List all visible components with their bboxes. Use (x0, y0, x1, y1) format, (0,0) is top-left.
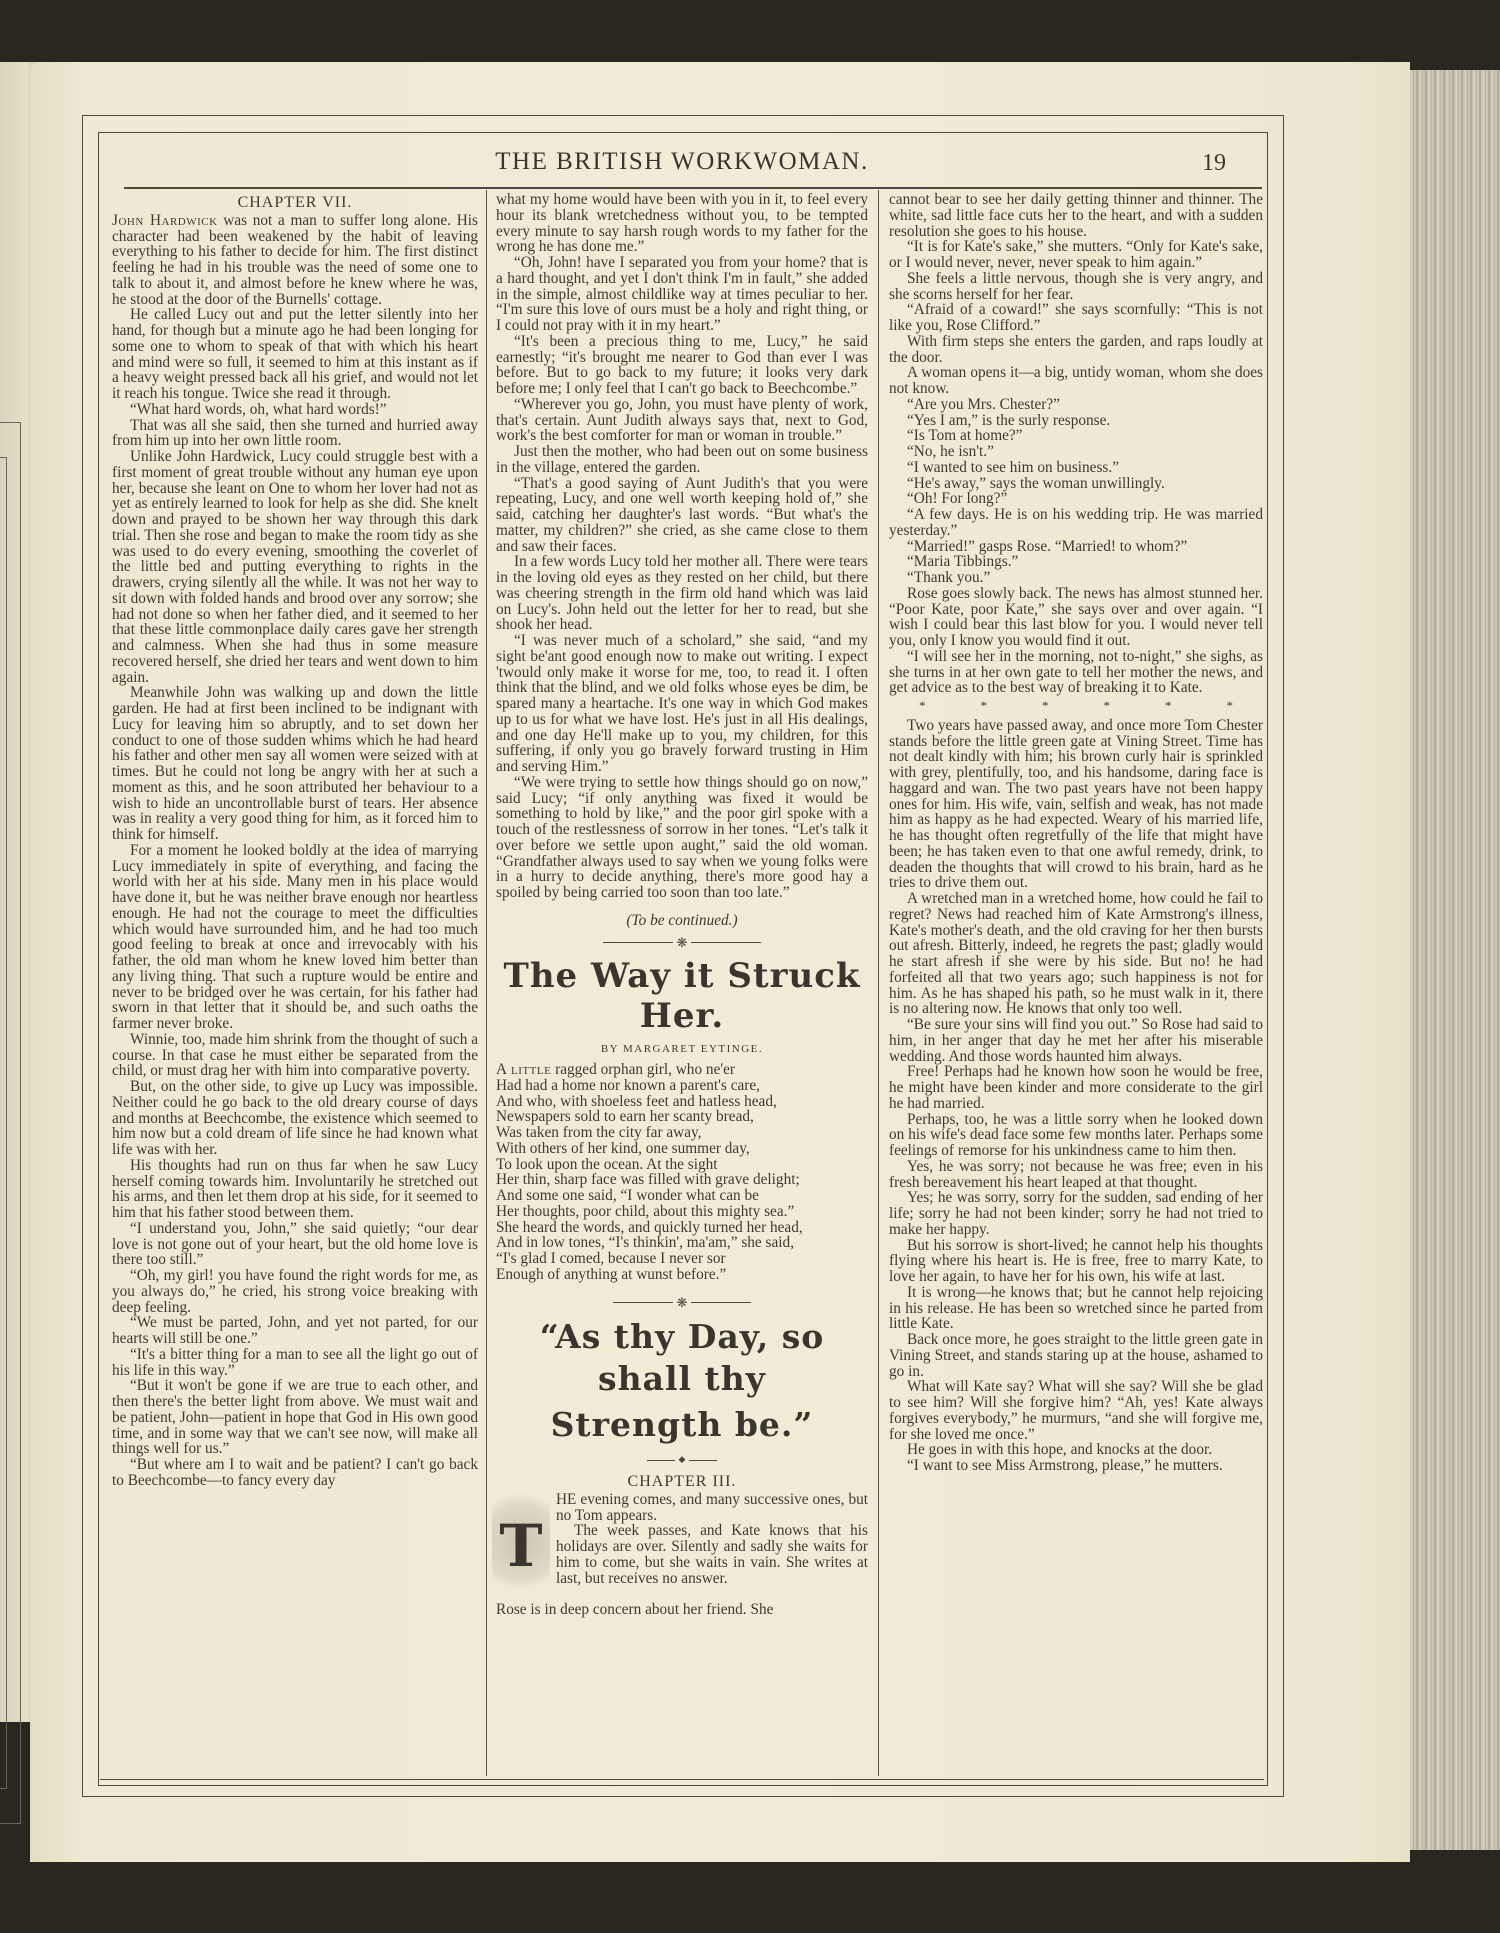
asterisk-icon: * (919, 698, 926, 714)
asterisk-icon: * (1104, 698, 1111, 714)
header-rule (124, 187, 1262, 189)
paragraph: “Afraid of a coward!” she says scornfull… (889, 302, 1263, 334)
paragraph: The week passes, and Kate knows that his… (496, 1523, 868, 1586)
paragraph: John Hardwick was not a man to suffer lo… (112, 213, 478, 308)
paragraph: Yes; he was sorry, sorry for the sudden,… (889, 1190, 1263, 1237)
flourish-icon: ❋ (677, 1295, 688, 1311)
article-column-1: CHAPTER VII. John Hardwick was not a man… (112, 192, 478, 1489)
paragraph: A woman opens it—a big, untidy woman, wh… (889, 365, 1263, 397)
paragraph: Unlike John Hardwick, Lucy could struggl… (112, 449, 478, 685)
paragraph: “Oh, my girl! you have found the right w… (112, 1268, 478, 1315)
poem-line: Her thin, sharp face was filled with gra… (496, 1172, 868, 1188)
page-stack-fore-edge (1410, 70, 1500, 1850)
column-divider-2 (878, 190, 879, 1776)
flourish-icon: ❋ (677, 935, 688, 951)
paragraph: “I want to see Miss Armstrong, please,” … (889, 1458, 1263, 1474)
poem-line: A little ragged orphan girl, who ne'er (496, 1062, 868, 1078)
asterisk-icon: * (1227, 698, 1234, 714)
paragraph: “Be sure your sins will find you out.” S… (889, 1017, 1263, 1064)
paragraph: She feels a little nervous, though she i… (889, 271, 1263, 303)
paragraph: “It is for Kate's sake,” she mutters. “O… (889, 239, 1263, 271)
paragraph: Yes, he was sorry; not because he was fr… (889, 1159, 1263, 1191)
poem-line: “I's glad I comed, because I never sor (496, 1251, 868, 1267)
paragraph: “I was never much of a scholard,” she sa… (496, 633, 868, 775)
paragraph: “Are you Mrs. Chester?” (889, 397, 1263, 413)
to-be-continued-note: (To be continued.) (496, 913, 868, 929)
poem-line: And in low tones, “I's thinkin', ma'am,”… (496, 1235, 868, 1251)
paragraph: “Oh! For long?” (889, 491, 1263, 507)
diamond-icon: ◆ (679, 1452, 686, 1468)
paragraph: “Wherever you go, John, you must have pl… (496, 397, 868, 444)
asterisk-icon: * (1042, 698, 1049, 714)
paragraph: “He's away,” says the woman unwillingly. (889, 476, 1263, 492)
paragraph: “I understand you, John,” she said quiet… (112, 1221, 478, 1268)
paragraph: Two years have passed away, and once mor… (889, 718, 1263, 891)
paragraph: “Oh, John! have I separated you from you… (496, 255, 868, 334)
left-page-frame-inner (0, 457, 7, 1789)
chapter-heading: CHAPTER III. (496, 1474, 868, 1490)
ornamental-rule: ❋ (496, 935, 868, 951)
poem-line: She heard the words, and quickly turned … (496, 1220, 868, 1236)
paragraph: His thoughts had run on thus far when he… (112, 1158, 478, 1221)
paragraph: In a few words Lucy told her mother all.… (496, 554, 868, 633)
paragraph: That was all she said, then she turned a… (112, 418, 478, 450)
paragraph: But his sorrow is short-lived; he cannot… (889, 1238, 1263, 1285)
paragraph: “That's a good saying of Aunt Judith's t… (496, 476, 868, 555)
paragraph: “A few days. He is on his wedding trip. … (889, 507, 1263, 539)
poem-line: Newspapers sold to earn her scanty bread… (496, 1109, 868, 1125)
paragraph: “Yes I am,” is the surly response. (889, 413, 1263, 429)
paragraph: “Married!” gasps Rose. “Married! to whom… (889, 539, 1263, 555)
paragraph: “We were trying to settle how things sho… (496, 775, 868, 901)
story-title-line-1: “As thy Day, so shall thy (496, 1316, 868, 1400)
paragraph: Rose goes slowly back. The news has almo… (889, 586, 1263, 649)
poem-title: The Way it Struck Her. (496, 956, 868, 1036)
paragraph: He goes in with this hope, and knocks at… (889, 1442, 1263, 1458)
paragraph: “We must be parted, John, and yet not pa… (112, 1315, 478, 1347)
paragraph: “No, he isn't.” (889, 444, 1263, 460)
paragraph: Back once more, he goes straight to the … (889, 1332, 1263, 1379)
paragraph: “It's a bitter thing for a man to see al… (112, 1347, 478, 1379)
section-break-asterisks: * * * * * * (889, 698, 1263, 714)
footer-rule (100, 1779, 1264, 1780)
page-number: 19 (1202, 150, 1226, 177)
paragraph: It is wrong—he knows that; but he cannot… (889, 1285, 1263, 1332)
paragraph: What will Kate say? What will she say? W… (889, 1379, 1263, 1442)
poem-line: With others of her kind, one summer day, (496, 1141, 868, 1157)
paragraph: HE evening comes, and many successive on… (496, 1492, 868, 1524)
paragraph: But, on the other side, to give up Lucy … (112, 1079, 478, 1158)
paragraph: cannot bear to see her daily getting thi… (889, 192, 1263, 239)
paragraph: “It's been a precious thing to me, Lucy,… (496, 334, 868, 397)
paragraph: what my home would have been with you in… (496, 192, 868, 255)
poem-body: A little ragged orphan girl, who ne'er H… (496, 1062, 868, 1283)
paragraph: “But it won't be gone if we are true to … (112, 1378, 478, 1457)
chapter-heading: CHAPTER VII. (112, 195, 478, 211)
article-column-3: cannot bear to see her daily getting thi… (889, 192, 1263, 1474)
article-column-2: what my home would have been with you in… (496, 192, 868, 1618)
poem-byline: BY MARGARET EYTINGE. (496, 1042, 868, 1058)
paragraph: “Is Tom at home?” (889, 428, 1263, 444)
decorated-initial-letter-icon: T (492, 1492, 550, 1602)
asterisk-icon: * (1165, 698, 1172, 714)
paragraph: “What hard words, oh, what hard words!” (112, 402, 478, 418)
asterisk-icon: * (981, 698, 988, 714)
paragraph: “Thank you.” (889, 570, 1263, 586)
paragraph: He called Lucy out and put the letter si… (112, 307, 478, 402)
small-ornamental-rule: ◆ (496, 1452, 868, 1468)
paragraph: “Maria Tibbings.” (889, 554, 1263, 570)
paragraph: A wretched man in a wretched home, how c… (889, 891, 1263, 1017)
paragraph: “But where am I to wait and be patient? … (112, 1457, 478, 1489)
paragraph: “I will see her in the morning, not to-n… (889, 649, 1263, 696)
paragraph: Free! Perhaps had he known how soon he w… (889, 1064, 1263, 1111)
paragraph: With firm steps she enters the garden, a… (889, 334, 1263, 366)
poem-line: Had had a home nor known a parent's care… (496, 1078, 868, 1094)
story-opening: T HE evening comes, and many successive … (496, 1492, 868, 1618)
poem-line: Enough of anything at wunst before.” (496, 1267, 868, 1283)
ornamental-rule: ❋ (496, 1295, 868, 1311)
poem-line: To look upon the ocean. At the sight (496, 1157, 868, 1173)
poem-line: And who, with shoeless feet and hatless … (496, 1094, 868, 1110)
paragraph: Rose is in deep concern about her friend… (496, 1602, 868, 1618)
paragraph: Winnie, too, made him shrink from the th… (112, 1032, 478, 1079)
poem-line: Her thoughts, poor child, about this mig… (496, 1204, 868, 1220)
publication-title: THE BRITISH WORKWOMAN. (100, 148, 1264, 176)
paragraph: Perhaps, too, he was a little sorry when… (889, 1112, 1263, 1159)
paragraph: Just then the mother, who had been out o… (496, 444, 868, 476)
column-divider-1 (486, 190, 487, 1776)
paragraph: “I wanted to see him on business.” (889, 460, 1263, 476)
lead-in-name: John Hardwick (112, 212, 218, 229)
story-title-line-2: Strength be.” (496, 1404, 868, 1446)
paragraph: For a moment he looked boldly at the ide… (112, 843, 478, 1032)
poem-line: And some one said, “I wonder what can be (496, 1188, 868, 1204)
poem-line: Was taken from the city far away, (496, 1125, 868, 1141)
masthead: THE BRITISH WORKWOMAN. 19 (100, 146, 1264, 186)
paragraph: Meanwhile John was walking up and down t… (112, 685, 478, 843)
